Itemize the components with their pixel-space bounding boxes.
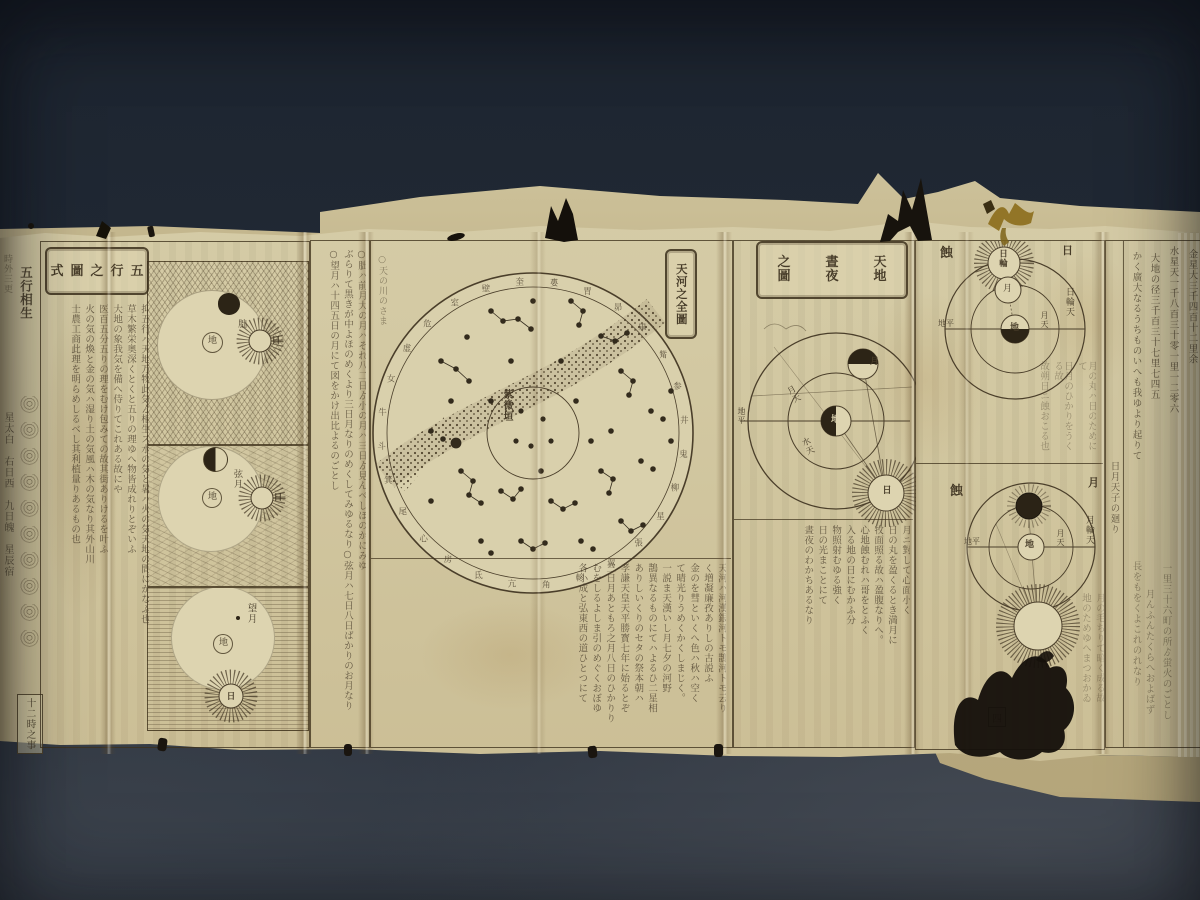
panel-eclipses: 蝕 日輪 月 地 地平 月天 日 日輪天 月の丸ハ日のためにて 日月のひかりをう… bbox=[915, 240, 1105, 750]
swirl-pattern-band bbox=[18, 396, 41, 648]
title-column: 天 地 bbox=[873, 256, 886, 285]
day-night-title-cartouche: 天 地 晝 夜 之 圖 bbox=[756, 241, 908, 299]
mansion-label: 畢 bbox=[636, 321, 648, 333]
text-column: むをしるよしま引のめぐくおぼゆ bbox=[590, 563, 600, 743]
text-column: 故朔日ニ蝕おこる也 bbox=[1038, 361, 1048, 459]
mansion-label: 婁 bbox=[548, 276, 560, 288]
photo-of-orihon-book: 時外三更 星太白 右日西 九日魄 星辰宿 五行相生 十二時之事 五 行 之 圖 … bbox=[0, 0, 1200, 900]
title-char: 之 bbox=[777, 256, 790, 270]
title-char: 天 bbox=[873, 256, 886, 270]
side-column: 月輪天 bbox=[1084, 515, 1093, 565]
text-column: 地のためゆへまつおかゐ bbox=[1080, 593, 1090, 733]
text-column: ○朏ハ前月大の月ハそれ八二日ゟ小の月ハ三日ゟ見んべしほのかにみゆ bbox=[356, 249, 366, 741]
mansion-label: 胃 bbox=[581, 285, 593, 297]
title-char: 夜 bbox=[825, 270, 838, 284]
mansion-label: 張 bbox=[633, 536, 645, 548]
margin-rule bbox=[1123, 241, 1124, 747]
text-column: 一説ま天漢いし月七夕の河野 bbox=[660, 563, 670, 743]
eclipse-header: 蝕 bbox=[940, 247, 953, 260]
sun-wheel-label: 日輪 bbox=[998, 249, 1007, 277]
mansion-label: 危 bbox=[421, 318, 433, 330]
mansion-label: 星 bbox=[654, 510, 666, 522]
five-phases-relation-header: 五行相生 bbox=[19, 266, 32, 386]
diagram-half-moon: 弦月 地 日 bbox=[147, 445, 309, 587]
text-column: 牧面照る故ハ盈腹なりへ。 bbox=[872, 525, 882, 741]
panel-divider bbox=[734, 519, 913, 520]
mansion-label: 鬼 bbox=[678, 448, 690, 460]
left-edge-fragment-column: 時外三更 bbox=[2, 254, 11, 404]
star-chart-text-block: 天河ハ河漢銀河トモ鵲河トモ云り く増凝廉孜ありしの古説ふ 金のを彗といくへ色ハ秋… bbox=[376, 563, 726, 743]
phase-label: 望月 bbox=[246, 603, 256, 629]
title-char: 式 bbox=[50, 265, 63, 278]
half-moon bbox=[203, 447, 228, 472]
text-column: ○望月ハ十四五日の月にて図をかけ出比よるのごとし bbox=[328, 249, 338, 741]
mansion-label: 牛 bbox=[376, 406, 388, 418]
mansion-label: 室 bbox=[449, 297, 461, 309]
panel-divider bbox=[371, 558, 731, 559]
text-column: 各小成と弘東西の道ひとつにて bbox=[576, 563, 586, 743]
text-column: 月の丸ハ日のためにて bbox=[1076, 361, 1096, 459]
title-column: 晝 夜 bbox=[825, 256, 838, 285]
text-column: 晝夜のわかちあるなり bbox=[802, 525, 812, 741]
mansion-label: 奎 bbox=[514, 276, 526, 288]
mansion-label: 心 bbox=[418, 533, 430, 545]
text-column: 草木繁栄奥深くとくと五りの理ゆへ物皆成れりとぞいふ bbox=[125, 304, 135, 742]
five-phases-text-block: 抑五行ハ天地万物此気ゟ相生ス水の気と暑ハ火の気天地の間にかなふ也 草木繁栄奥深く… bbox=[45, 304, 149, 742]
horizon-label: 地平 bbox=[964, 538, 980, 546]
side-column: 日輪天 bbox=[1064, 287, 1073, 337]
text-column: 孝謙天皇天平勝寳七年に始るとぞ bbox=[618, 563, 628, 743]
lunar-eclipse-notes: 月の毛ちりて暗く成る故 地のためゆへまつおかゐ bbox=[1078, 593, 1104, 733]
solar-eclipse-notes: 月の丸ハ日のためにて 日月のひかりをうくる故 故朔日ニ蝕おこる也 bbox=[1036, 361, 1096, 459]
horizon-label: 地平 bbox=[938, 320, 954, 328]
day-night-diagram bbox=[734, 301, 916, 553]
diagram-crescent-moon: 朏 地 日 bbox=[147, 261, 309, 445]
corner-note-column: ○天の川のさま bbox=[377, 255, 386, 347]
moon-dot bbox=[236, 616, 240, 620]
text-column: 月の毛ちりて暗く成る故 bbox=[1094, 593, 1104, 733]
earth-label: 地 bbox=[1025, 541, 1034, 550]
star-chart-title: 天河之全圖 bbox=[675, 263, 687, 326]
mansion-label: 井 bbox=[678, 414, 690, 426]
mansion-label: 觜 bbox=[657, 349, 669, 361]
purple-enclosure-label: 紫微垣 bbox=[501, 389, 511, 433]
text-column: 天河ハ河漢銀河トモ鵲河トモ云り bbox=[716, 563, 726, 743]
text-column: 日月のひかりをうくる故 bbox=[1052, 361, 1072, 459]
text-column: 月ニ對して心面小く bbox=[900, 525, 910, 741]
moon-label: 月 bbox=[1003, 285, 1012, 294]
title-char: 地 bbox=[873, 270, 886, 284]
upper-left-page-edge bbox=[0, 0, 360, 250]
panel-right-page: 金星大三千四百十二里余 水星天一千八百三十零一里一二零六 大地の径三千百三十七里… bbox=[1105, 240, 1200, 748]
fold-mark: 四 bbox=[992, 710, 1002, 725]
ink-mark bbox=[28, 223, 34, 229]
moon-label: 月 bbox=[870, 358, 879, 367]
panel-star-chart: 角 亢 氐 房 心 尾 箕 斗 牛 女 虚 危 室 壁 奎 婁 胃 昴 畢 觜 … bbox=[370, 240, 733, 748]
sun-label: 日 bbox=[225, 690, 237, 702]
upper-folded-page-edge bbox=[0, 0, 1200, 260]
eclipsed-moon bbox=[1016, 493, 1042, 519]
sun-disc bbox=[1014, 602, 1062, 650]
eclipse-header: 蝕 bbox=[950, 485, 963, 498]
text-column: 一里三十六町の所ゟ蛍火のごとし bbox=[1161, 563, 1171, 741]
text-column: く増凝廉孜ありしの古説ふ bbox=[702, 563, 712, 743]
earth-label: 地 bbox=[208, 337, 217, 346]
horizon-label: 地平 bbox=[737, 407, 745, 429]
text-column: 入る地の日にむかふ分 bbox=[844, 525, 854, 741]
text-column: 日の光まことにて bbox=[816, 525, 826, 741]
crescent-moon-spot bbox=[218, 293, 240, 315]
text-column: 心地蝕むれハ哥をとふく bbox=[858, 525, 868, 741]
text-column: 日の丸を盈くるとき満月に bbox=[886, 525, 896, 741]
title-char: 圖 bbox=[777, 270, 790, 284]
sun-label: 日 bbox=[272, 491, 284, 503]
panel-five-phases: 五 行 之 圖 式 抑五行ハ天地万物此気ゟ相生ス水の気と暑ハ火の気天地の間にかな… bbox=[40, 241, 310, 748]
ink-spot bbox=[451, 438, 461, 448]
orbit-label: 月天 bbox=[1056, 529, 1064, 551]
text-column: 物照射むゆる強く bbox=[830, 525, 840, 741]
text-column: 大地の象我気を備へ侍りてこれある故にや bbox=[111, 304, 121, 742]
text-column: 士農工商此理を明らめしるべし其利植量りあるもの也 bbox=[69, 304, 79, 742]
mansion-label: 柳 bbox=[669, 481, 681, 493]
earth-label: 地 bbox=[208, 493, 217, 502]
text-column: かく廣大なるうちものいへも我ゆより起りて bbox=[1131, 251, 1141, 551]
five-phases-title-cartouche: 五 行 之 圖 式 bbox=[45, 247, 149, 295]
text-column: ぶらりて黒きが中よほのめくより三日月なりのめくしてみゆるなり○弦月ハ七日八日ばか… bbox=[342, 249, 352, 741]
title-char: 之 bbox=[90, 265, 103, 278]
day-night-text-block: 月ニ對して心面小く 日の丸を盈くるとき満月に 牧面照る故ハ盈腹なりへ。 心地蝕む… bbox=[738, 525, 910, 741]
panel-day-night: 天 地 晝 夜 之 圖 bbox=[733, 240, 915, 748]
title-char: 五 bbox=[130, 265, 143, 278]
moon-notes-block: ○朏ハ前月大の月ハそれ八二日ゟ小の月ハ三日ゟ見んべしほのかにみゆ ぶらりて黒きが… bbox=[314, 249, 366, 741]
mansion-label: 虚 bbox=[401, 342, 413, 354]
mansion-label: 斗 bbox=[376, 440, 388, 452]
text-column: 日月天子の廻り bbox=[1109, 461, 1119, 701]
lunar-eclipse-diagram bbox=[916, 464, 1103, 749]
fold-mark-box: 四 bbox=[988, 707, 1006, 727]
text-column: 金のを彗といくへ色ハ秋ハ空く bbox=[688, 563, 698, 743]
text-column: 鵲異なるものにてハよるひ二星相 bbox=[646, 563, 656, 743]
title-char: 圖 bbox=[70, 265, 83, 278]
sun-label: 日 bbox=[270, 334, 282, 346]
text-column: 長をもをくよこれのれなり bbox=[1131, 561, 1141, 741]
mansion-label: 昴 bbox=[612, 301, 624, 313]
mansion-label: 参 bbox=[672, 380, 684, 392]
text-column: ありしいくりのセタの祭本朝ハ bbox=[632, 563, 642, 743]
panel-moon-notes: ○朏ハ前月大の月ハそれ八二日ゟ小の月ハ三日ゟ見んべしほのかにみゆ ぶらりて黒きが… bbox=[310, 240, 370, 748]
text-column: て晴光りうめくかくしまじく。 bbox=[674, 563, 684, 743]
hours-box-label: 十二時之事 bbox=[25, 698, 35, 752]
orbit-label: 月天 bbox=[1040, 311, 1048, 333]
earth-label: 地 bbox=[219, 639, 228, 648]
text-column: 三日月あともろ之月八日のひかりり bbox=[604, 563, 614, 743]
text-column: 月んふんたくらへおよばず bbox=[1144, 589, 1154, 739]
mansion-label: 箕 bbox=[382, 474, 394, 486]
side-header: 日 bbox=[1062, 245, 1073, 256]
title-char: 行 bbox=[110, 265, 123, 278]
side-header: 月 bbox=[1088, 477, 1099, 488]
mansion-label: 壁 bbox=[480, 282, 492, 294]
cloud-scroll bbox=[764, 324, 806, 331]
earth-label: 地 bbox=[831, 416, 840, 425]
mansion-label: 女 bbox=[385, 373, 397, 385]
text-column: 医百五分五りの理をむけ包みての故其街ありけるを叶ふ bbox=[97, 304, 107, 742]
mansion-label: 尾 bbox=[397, 505, 409, 517]
earth-label: 地 bbox=[1010, 324, 1019, 333]
sun-label: 日 bbox=[881, 487, 893, 496]
diagram-full-moon: 望月 地 日 bbox=[147, 587, 309, 731]
star-chart-title-cartouche: 天河之全圖 bbox=[665, 249, 697, 339]
title-char: 晝 bbox=[825, 256, 838, 270]
text-column: 金星大三千四百十二里余 bbox=[1187, 249, 1197, 669]
star-names-column: 星太白 右日西 九日魄 星辰宿 bbox=[2, 412, 12, 652]
text-column: 火の気の煥と金の気ハ湿り土の気風ハ木の気なり其外山川 bbox=[83, 304, 93, 742]
title-column: 之 圖 bbox=[777, 256, 790, 285]
